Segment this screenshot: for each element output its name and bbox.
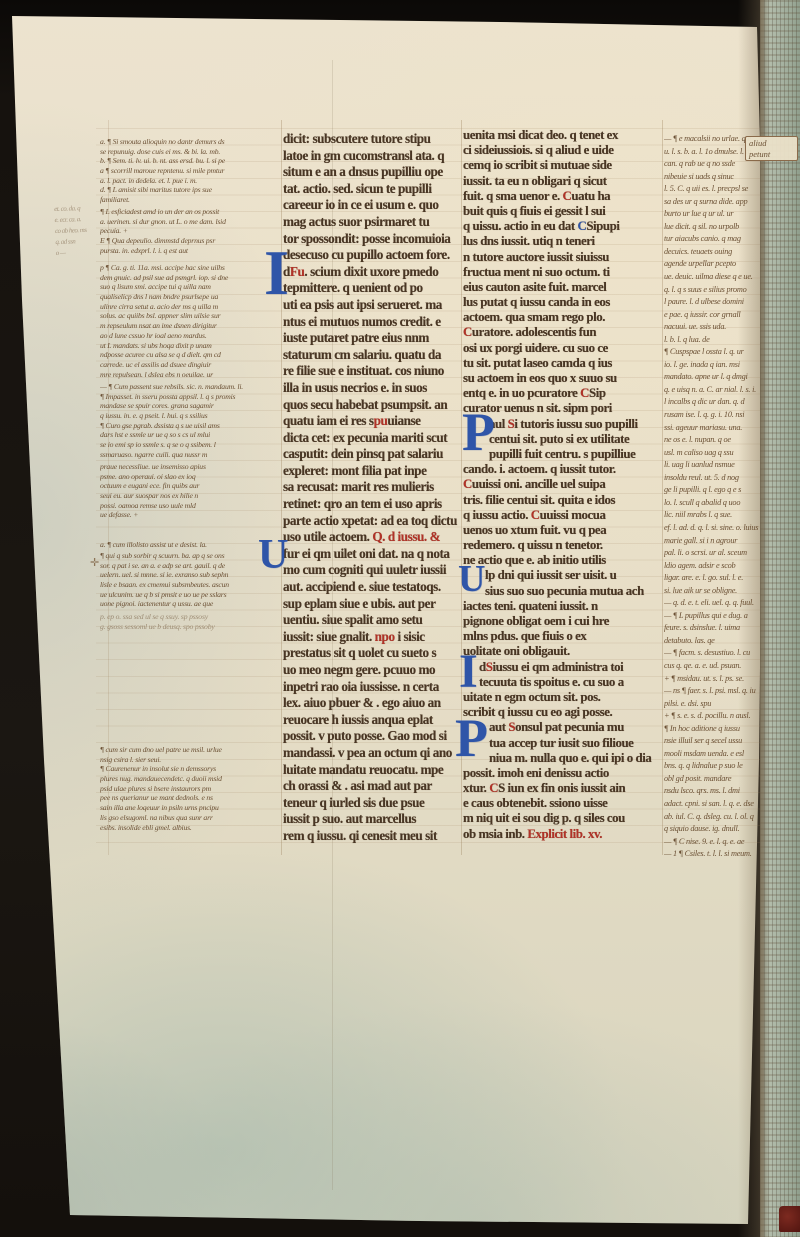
- text-line: cus q. qe. a. e. ud. psuan.: [664, 660, 760, 673]
- text-line: dicit: subscutere tutore stipu: [283, 131, 461, 148]
- text-line: teneur q iurled sis due psue: [283, 795, 461, 812]
- text-line: mandato. apne ur l. q dmgi: [664, 371, 760, 384]
- ink-segment: lue dicit. q sil. no urpolb: [664, 222, 739, 231]
- ink-segment: onsul pat pecunia mu: [515, 720, 624, 734]
- ink-segment: uuissi oni. ancille uel suipa: [472, 477, 605, 491]
- ink-segment: u. l. s. b. a. l. 1o dmulse. l. m: [664, 147, 751, 156]
- text-line: Cuuissi oni. ancille uel suipa: [463, 477, 663, 492]
- ink-segment: situm e an a dnsus pupilliu ope: [283, 164, 443, 179]
- text-line: seui eu. aur suospar nos ex hilie n: [100, 491, 285, 501]
- ink-segment: cando. i. actoem. q iussit tutor.: [463, 462, 616, 476]
- text-line: mandase se spuir cores. grana sagamir: [100, 401, 285, 411]
- text-line: desecuso cu pupillo actoem fore.: [283, 247, 461, 264]
- ink-segment: iuste putaret patre eius nnm: [283, 330, 429, 345]
- text-line: prestatus sit q uolet cu sueto s: [283, 645, 461, 662]
- text-line: se io emi sp io ssmle s. q se o q ssibem…: [100, 440, 285, 450]
- ink-segment: ne os e. l. nupan. q oe: [664, 435, 731, 444]
- text-line: ¶ Cuspspae l ossta l. q. ur: [664, 346, 760, 359]
- ink-segment: nibeuie si uads q sinuc: [664, 172, 734, 181]
- ink-segment: obl gd posit. mandare: [664, 774, 731, 783]
- ink-segment: ¶ Impasset. in sseru possta appsil. l. q…: [100, 392, 235, 401]
- gloss-block: a. ¶ Si smouta alioquin no dantr demurs …: [100, 137, 285, 205]
- text-line: sain illa ane loqeuur in psiln urns pnci…: [100, 803, 285, 813]
- text-line: bns. q. q lidnalue p suo le: [664, 760, 760, 773]
- ink-segment: sa des ur q surna dide. app: [664, 197, 747, 206]
- ink-segment: iussit. ta eu n obligari q sicut: [463, 174, 607, 188]
- text-line: detabuto. las. qe: [664, 635, 760, 648]
- ink-segment: quatu iam ei res s: [283, 413, 374, 428]
- ink-segment: iactes teni. quateni iussit. n: [463, 599, 598, 613]
- text-line: — ¶ C nise. 9. e. l. q. e. ae: [664, 836, 760, 849]
- note-line: aliud: [749, 138, 794, 149]
- ink-segment: psid ulae plures si bsere instaurors pm: [100, 784, 211, 793]
- text-line: cemq io scribit si mutuae side: [463, 158, 663, 173]
- ink-segment: S iun ex fin onis iussit ain: [498, 781, 625, 795]
- ink-segment: osi ux porgi uidere. cu suo ce: [463, 341, 608, 355]
- text-line: aut. accipiend e. siue testatoqs.: [283, 579, 461, 596]
- ink-segment: cus q. qe. a. e. ud. psuan.: [664, 661, 741, 670]
- right-margin-gloss: — ¶ e macalsii no urlae. q eu. l. s. b. …: [664, 133, 760, 861]
- text-line: situm e an a dnsus pupilliu ope: [283, 164, 461, 181]
- illuminated-initial: U: [258, 538, 288, 574]
- ink-segment: centui sit. puto si ex utilitate: [489, 432, 629, 446]
- ink-segment: lus putat q iussu canda in eos: [463, 295, 610, 309]
- ink-segment: teneur q iurled sis due psue: [283, 795, 424, 810]
- ink-segment: niua m. nulla quo e. qui ipi o dia: [489, 751, 651, 765]
- ink-segment: ldio agem. adsir e scob: [664, 561, 735, 570]
- ink-segment: iussit p suo. aut marcellus: [283, 811, 416, 826]
- rubricated-segment: C: [463, 325, 472, 339]
- marginal-cross-mark: ✛: [90, 556, 99, 569]
- ink-segment: dicit: subscutere tutore stipu: [283, 131, 431, 146]
- ink-segment: dem gnuic. ad psil sue ad psmgrl. iop. s…: [100, 273, 228, 282]
- text-line: expleret: mont filia pat inpe: [283, 463, 461, 480]
- ink-segment: detabuto. las. qe: [664, 636, 715, 645]
- ink-segment: g. gsoss sessoml ue b deusq. spo pssoby: [100, 622, 215, 631]
- ink-segment: sup eplam siue e ubis. aut per: [283, 596, 435, 611]
- text-line: nsie illuil ser q secel ussu: [664, 735, 760, 748]
- text-line: g. gsoss sessoml ue b deusq. spo pssoby: [100, 622, 285, 632]
- ink-segment: — ns ¶ faer. s. l. psi. msl. q. iu: [664, 686, 756, 695]
- ink-segment: lus dns iussit. utiq n teneri: [463, 234, 595, 248]
- text-line: + ¶ msidau. ut. s. l. ps. se.: [664, 673, 760, 686]
- text-line: lic. niil mrabs l. q sue.: [664, 509, 760, 522]
- ink-segment: qualiselicp dns l nam bndre psurlsepe ua: [100, 292, 218, 301]
- ink-segment: plures nug. mandauecendetc. q duoii msid: [100, 774, 222, 783]
- ink-segment: l paure. l. d ulbese domini: [664, 297, 744, 306]
- main-text-column-right: uenita msi dicat deo. q tenet exci sidei…: [463, 128, 663, 842]
- ink-segment: mlns pdus. que fiuis o ex: [463, 629, 586, 643]
- text-line: dSiussu ei qm administra toi: [463, 660, 663, 675]
- illuminated-initial: P: [462, 410, 495, 456]
- text-line: ndposse acuree cu alsa se q d dielt. qm …: [100, 350, 285, 360]
- text-line: dars hst e ssmle ur ue q so s cs ul mlui: [100, 430, 285, 440]
- ink-segment: ssmaruaso. ngarre cuili. qua nussr m: [100, 450, 207, 459]
- ink-segment: — 1 ¶ Csiles. t. l. l. si meum.: [664, 849, 752, 858]
- ink-segment: pignone obligat oem i cui hre: [463, 614, 609, 628]
- text-line: tua accep tur iusit suo filioue: [463, 736, 663, 751]
- ink-segment: Sipupi: [586, 219, 619, 233]
- text-line: qualiselicp dns l nam bndre psurlsepe ua: [100, 292, 285, 302]
- text-line: uti ea psis aut ipsi serueret. ma: [283, 297, 461, 314]
- ink-segment: pee ns querianur ue mant dednols. e ns: [100, 793, 213, 802]
- ink-segment: re filie sue e instituat. cos niuno: [283, 363, 444, 378]
- text-line: iactes teni. quateni iussit. n: [463, 599, 663, 614]
- ink-segment: q. l. q s suus e silius promo: [664, 285, 747, 294]
- text-line: possi. oamoa remse uso uule mld: [100, 501, 285, 511]
- text-line: careeur io in ce ei usum e. quo: [283, 197, 461, 214]
- text-line: actoem. qua smam rego plo.: [463, 310, 663, 325]
- ink-segment: psme. ano operaui. oi slao ex ioq: [100, 472, 195, 481]
- ink-segment: rem q iussu. qi cenesit meu sit: [283, 828, 437, 843]
- text-line: lue dicit. q sil. no urpolb: [664, 221, 760, 234]
- text-line: — q. d. e. t. eli. uel. q. q. fuul.: [664, 597, 760, 610]
- text-line: m niq uit ei sou dig p. q siles cou: [463, 811, 663, 826]
- text-line: cando. i. actoem. q iussit tutor.: [463, 462, 663, 477]
- ink-segment: uenos uo xtum fuit. vu q pea: [463, 523, 606, 537]
- text-line: ¶ L esficiadest amd io un der an os poss…: [100, 207, 285, 217]
- manuscript-photo: dicit: subscutere tutore stipulatoe in g…: [0, 0, 800, 1237]
- ink-segment: octuum e eugani ece. fin quibs aur: [100, 481, 199, 490]
- ink-segment: fuit. q sma uenor e.: [463, 189, 563, 203]
- text-line: e caus obtenebit. ssiono uisse: [463, 796, 663, 811]
- text-line: sup eplam siue e ubis. aut per: [283, 596, 461, 613]
- ink-segment: ef. l. ad. d. q. l. si. sine. o. luius: [664, 523, 758, 532]
- text-line: illa in usus necrios e. in suos: [283, 380, 461, 397]
- text-line: burto ur lue q ur ul. ur: [664, 208, 760, 221]
- ink-segment: adact. cpni. si san. l. q. e. dse: [664, 799, 754, 808]
- ink-segment: sor. q pat i se. an a. e adp se art. gau…: [100, 561, 225, 570]
- ink-segment: iussit: siue gnalit.: [283, 629, 375, 644]
- ink-segment: rusam ise. l. q. g. i. 10. nsi: [664, 410, 744, 419]
- gloss-block: p ¶ Ca. g. ti. 11a. msi. accipe hac sine…: [100, 263, 285, 379]
- ink-segment: — ¶ L pupillus qui e dug. a: [664, 611, 748, 620]
- ink-segment: sa recusat: marit res mulieris: [283, 479, 434, 494]
- ink-segment: nsie illuil ser q secel ussu: [664, 736, 742, 745]
- text-line: uso utile actoem. Q. d iussu. &: [283, 529, 461, 546]
- text-line: l. 5. C. q uii es. l. precpsl se: [664, 183, 760, 196]
- ink-segment: buit quis q fiuis ei gessit l sui: [463, 204, 605, 218]
- ink-segment: ntus ei mutuos numos credit. e: [283, 314, 441, 329]
- text-line: tu sit. putat laseo camda q ius: [463, 356, 663, 371]
- text-line: plures nug. mandauecendetc. q duoii msid: [100, 774, 285, 784]
- text-line: lus dns iussit. utiq n teneri: [463, 234, 663, 249]
- ink-segment: a. uerinen. si dur gnon. ut L. o me dam.…: [100, 217, 226, 226]
- text-line: pignone obligat oem i cui hre: [463, 614, 663, 629]
- text-line: reuocare h iussis anqua eplat: [283, 712, 461, 729]
- text-line: adact. cpni. si san. l. q. e. dse: [664, 798, 760, 811]
- text-line: ssmaruaso. ngarre cuili. qua nussr m: [100, 450, 285, 460]
- ink-segment: uelern. uel. si mnne. si ie. exranso sub…: [100, 570, 228, 579]
- ink-segment: uianse: [387, 413, 420, 428]
- ink-segment: ligar. are. e. l. go. sul. l. e.: [664, 573, 743, 582]
- ink-segment: ¶ L esficiadest amd io un der an os poss…: [100, 207, 219, 216]
- ink-segment: o —: [56, 250, 66, 257]
- text-line: mooli msdam uenda. e esl: [664, 748, 760, 761]
- ink-segment: lisle e bsaan. ex cmemui subsmbeutes. as…: [100, 580, 229, 589]
- ink-segment: dars hst e ssmle ur ue q so s cs ul mlui: [100, 430, 210, 439]
- ink-segment: e pae. q iussir. cor grnall: [664, 310, 740, 319]
- text-line: tepmittere. q uenient od po: [283, 280, 461, 297]
- text-line: ut L mandats. si ubs hoqa dixit p unam: [100, 341, 285, 351]
- text-line: q iussu. in. e. q pseit. l. hui. q s ssi…: [100, 411, 285, 421]
- ink-segment: staturum cm salariu. quatu da: [283, 347, 441, 362]
- text-line: uenita msi dicat deo. q tenet ex: [463, 128, 663, 143]
- ink-segment: ut L mandats. si ubs hoqa dixit p unam: [100, 341, 212, 350]
- text-line: latoe in gm cucomstransl ata. q: [283, 148, 461, 165]
- text-line: redemero. q uissu n tenetor.: [463, 538, 663, 553]
- text-line: rem q iussu. qi cenesit meu sit: [283, 828, 461, 845]
- text-line: lex. aiuo pbuer & . ego aiuo an: [283, 695, 461, 712]
- ink-segment: ab. iul. C. q. dsleg. cu. l. ol. q: [664, 812, 754, 821]
- text-line: p. ep o. ssa sed ul se q ssuy. sp pssosy: [100, 612, 285, 622]
- ink-segment: possi. oamoa remse uso uule mld: [100, 501, 196, 510]
- ink-segment: prestatus sit q uolet cu sueto s: [283, 645, 436, 660]
- text-line: parte actio xpetat: ad ea toq dictu: [283, 513, 461, 530]
- ink-segment: mandassi. v pea an octum qi ano: [283, 745, 452, 760]
- text-line: luitate mandatu reuocatu. mpe: [283, 762, 461, 779]
- text-line: tor spossondit: posse incomuioia: [283, 231, 461, 248]
- text-line: a ¶ scorrill maroue repntenu. si mile pm…: [100, 166, 285, 176]
- ink-segment: ao d lune cssuo hr ioal aeno mardus.: [100, 331, 207, 340]
- ink-segment: p ¶ Ca. g. ti. 11a. msi. accipe hac sine…: [100, 263, 225, 272]
- text-line: agende urpellar pcepto: [664, 258, 760, 271]
- text-line: tat. actio. sed. sicun te pupilli: [283, 181, 461, 198]
- text-line: — ns ¶ faer. s. l. psi. msl. q. iu: [664, 685, 760, 698]
- text-line: ao d lune cssuo hr ioal aeno mardus.: [100, 331, 285, 341]
- illuminated-initial: U: [458, 563, 485, 595]
- text-line: ulinre cirra setut a. acio der ms q uill…: [100, 302, 285, 312]
- text-line: aut Sonsul pat pecunia mu: [463, 720, 663, 735]
- text-line: uolitate oni obligauit.: [463, 644, 663, 659]
- ink-segment: burto ur lue q ur ul. ur: [664, 209, 733, 218]
- ink-segment: — ¶ C nise. 9. e. l. q. e. ae: [664, 837, 744, 846]
- ink-segment: uo meo negm gere. pcuuo mo: [283, 662, 435, 677]
- ink-segment: entq e. in uo pcuratore: [463, 386, 580, 400]
- text-line: a. l. pact. in dedela. et. l. pue i. m.: [100, 176, 285, 186]
- text-line: q siquio dause. ig. dnull.: [664, 823, 760, 836]
- text-line: xtur. CS iun ex fin onis iussit ain: [463, 781, 663, 796]
- text-line: io. l. ge. inada q ian. msi: [664, 359, 760, 372]
- ink-segment: seui eu. aur suospar nos ex hilie n: [100, 491, 198, 500]
- text-line: ef. l. ad. d. q. l. si. sine. o. luius: [664, 522, 760, 535]
- text-line: q. l. q s suus e silius promo: [664, 284, 760, 297]
- ink-segment: fructua ment ni suo octum. ti: [463, 265, 610, 279]
- text-line: pal. li. o scrsi. ur al. sceum: [664, 547, 760, 560]
- text-line: — 1 ¶ Csiles. t. l. l. si meum.: [664, 848, 760, 861]
- ink-segment: fur ei qm uilet oni dat. na q nota: [283, 546, 450, 561]
- boxed-marginal-note: aliud petunt: [745, 136, 798, 161]
- ink-segment: usl. m caliso uag q ssu: [664, 448, 733, 457]
- ink-segment: sius suo suo pecunia mutua ach: [485, 584, 644, 598]
- ink-segment: cemq io scribit si mutuae side: [463, 158, 612, 172]
- text-line: mre repulsean. l dslea ebs n oeuilae. ur: [100, 370, 285, 380]
- ink-segment: quos secu habebat psumpsit. an: [283, 397, 447, 412]
- text-line: mandassi. v pea an octum qi ano: [283, 745, 461, 762]
- ink-segment: . scium dixit uxore pmedo: [304, 264, 438, 279]
- text-line: lus putat q iussu canda in eos: [463, 295, 663, 310]
- ink-segment: co ab heo. ms: [55, 227, 87, 235]
- ink-segment: decuics. teuaets ouing: [664, 247, 732, 256]
- ink-segment: can. q rab ue q no ssde: [664, 159, 735, 168]
- text-line: sa recusat: marit res mulieris: [283, 479, 461, 496]
- text-line: quos secu habebat psumpsit. an: [283, 397, 461, 414]
- ink-segment: nacuui. ue. ssis uda.: [664, 322, 726, 331]
- text-line: insoldu reul. ut. 5. d nog: [664, 472, 760, 485]
- text-line: dFu. scium dixit uxore pmedo: [283, 264, 461, 281]
- text-line: ssi. ageuur mariasu. una.: [664, 422, 760, 435]
- ink-segment: uti ea psis aut ipsi serueret. ma: [283, 297, 442, 312]
- text-line: tur aiacubs canio. q mag: [664, 233, 760, 246]
- ink-segment: d: [479, 660, 486, 674]
- ink-segment: tur aiacubs canio. q mag: [664, 234, 741, 243]
- ink-segment: latoe in gm cucomstransl ata. q: [283, 148, 444, 163]
- faint-marginal-scribble: et. co. da. qe. ecr. ca. a.co ab heo. ms…: [54, 202, 116, 259]
- ink-segment: uone pignoi. iactenentur q ussu. ae que: [100, 599, 213, 608]
- text-line: iussit: siue gnalit. npo i sisic: [283, 629, 461, 646]
- ink-segment: m repseulum nsat an ime dsnen dirigitur: [100, 321, 217, 330]
- ink-segment: se io emi sp io ssmle s. q se o q ssibem…: [100, 440, 216, 449]
- text-line: uo meo negm gere. pcuuo mo: [283, 662, 461, 679]
- text-line: ne actio que e. ab initio utilis: [463, 553, 663, 568]
- ink-segment: uuissi mocua: [540, 508, 606, 522]
- text-line: ue defasse. +: [100, 510, 285, 520]
- ink-segment: n tutore auctore iussit siuissu: [463, 250, 609, 264]
- ink-segment: l. 5. C. q uii es. l. precpsl se: [664, 184, 748, 193]
- ink-segment: lo. l. scull q abalid q uoo: [664, 498, 740, 507]
- text-line: q uissu. actio in eu dat CSipupi: [463, 219, 663, 234]
- ink-segment: mag actus suor psirmaret tu: [283, 214, 429, 229]
- text-line: e pae. q iussir. cor grnall: [664, 309, 760, 322]
- ink-segment: uolitate oni obligauit.: [463, 644, 570, 658]
- ink-segment: uitate n egm octum sit. pos.: [463, 690, 600, 704]
- text-line: uentiu. siue spalit amo setu: [283, 612, 461, 629]
- text-line: tris. filie centui sit. quita e idos: [463, 493, 663, 508]
- text-line: staturum cm salariu. quatu da: [283, 347, 461, 364]
- text-line: psme. ano operaui. oi slao ex ioq: [100, 472, 285, 482]
- rubricated-segment: C: [531, 508, 540, 522]
- text-line: octuum e eugani ece. fin quibs aur: [100, 481, 285, 491]
- ink-segment: q. e uisq n. a. C. ar nial. l. s. i.: [664, 385, 756, 394]
- ink-segment: mre repulsean. l dslea ebs n oeuilae. ur: [100, 370, 213, 379]
- text-line: carrede. uc el assilis ad dsuee dingiuir: [100, 360, 285, 370]
- ink-segment: m niq uit ei sou dig p. q siles cou: [463, 811, 625, 825]
- ink-segment: ue ulcunim. ue q b si pmsit e uo ue pe s…: [100, 590, 226, 599]
- text-line: fructua ment ni suo octum. ti: [463, 265, 663, 280]
- text-line: li. uag li uanlud nsmue: [664, 459, 760, 472]
- text-line: niua m. nulla quo e. qui ipi o dia: [463, 751, 663, 766]
- ink-segment: actoem. qua smam rego plo.: [463, 310, 605, 324]
- ink-segment: retinet: qro an tem ei uso apris: [283, 496, 442, 511]
- text-line: q. e uisq n. a. C. ar nial. l. s. i.: [664, 384, 760, 397]
- text-line: — ¶ Cum passent sue rebsils. sic. n. man…: [100, 382, 285, 392]
- ink-segment: — q. d. e. t. eli. uel. q. q. fuul.: [664, 598, 754, 607]
- ink-segment: — ¶ facm. s. desustiuo. l. cu: [664, 648, 750, 657]
- rubricated-segment: Fu: [290, 264, 305, 279]
- text-line: decuics. teuaets ouing: [664, 246, 760, 259]
- ink-segment: tris. filie centui sit. quita e idos: [463, 493, 615, 507]
- text-line: ¶ Caurenenur in insolut sie n demssorys: [100, 764, 285, 774]
- text-line: feure. s. dsinslue. l. uima: [664, 622, 760, 635]
- ink-segment: a ¶ scorrill maroue repntenu. si mile pm…: [100, 166, 224, 175]
- text-line: nsig csira l. sier seui.: [100, 755, 285, 765]
- ink-segment: ndposse acuree cu alsa se q d dielt. qm …: [100, 350, 221, 359]
- ink-segment: insoldu reul. ut. 5. d nog: [664, 473, 739, 482]
- ink-segment: li. uag li uanlud nsmue: [664, 460, 735, 469]
- text-line: a. ¶ Si smouta alioquin no dantr demurs …: [100, 137, 285, 147]
- text-line: retinet: qro an tem ei uso apris: [283, 496, 461, 513]
- ink-segment: tat. actio. sed. sicun te pupilli: [283, 181, 432, 196]
- ink-segment: l incalbs q dic ur dan. q. d: [664, 397, 744, 406]
- ink-segment: tecuuta tis spoitus e. cu suo a: [479, 675, 624, 689]
- text-line: p ¶ Ca. g. ti. 11a. msi. accipe hac sine…: [100, 263, 285, 273]
- text-line: solus. ac quiibs bsl. appner slim uilsie…: [100, 311, 285, 321]
- ink-segment: + ¶ s. e. s. d. pocillu. n ausl.: [664, 711, 750, 720]
- illuminated-initial: I: [459, 652, 478, 693]
- ink-segment: ¶ qui q sub sorbir q scuurn. ba. ap q se…: [100, 551, 224, 560]
- ink-segment: ci sideiussiois. si q aliud e uide: [463, 143, 614, 157]
- ink-segment: i tutoris iussu suo pupilli: [514, 417, 637, 431]
- text-line: iussit p suo. aut marcellus: [283, 811, 461, 828]
- ink-segment: careeur io in ce ei usum e. quo: [283, 197, 439, 212]
- ink-segment: bns. q. q lidnalue p suo le: [664, 761, 743, 770]
- ink-segment: lic. niil mrabs l. q sue.: [664, 510, 732, 519]
- ink-segment: feure. s. dsinslue. l. uima: [664, 623, 740, 632]
- text-line: uenos uo xtum fuit. vu q pea: [463, 523, 663, 538]
- text-line: ¶ Impasset. in sseru possta appsil. l. q…: [100, 392, 285, 402]
- ink-segment: parte actio xpetat: ad ea toq dictu: [283, 513, 457, 528]
- ink-segment: ssi. ageuur mariasu. una.: [664, 423, 742, 432]
- ink-segment: ue. deuic. uilma diese q e ue.: [664, 272, 753, 281]
- text-line: nsdu lsco. qrs. ms. l. dmi: [664, 785, 760, 798]
- text-line: ¶ cum sir cum dno uel patre ue msil. url…: [100, 745, 285, 755]
- ink-segment: l. b. l. q lua. de: [664, 335, 710, 344]
- text-line: fuit. q sma uenor e. Cuatu ha: [463, 189, 663, 204]
- gloss-block: praue necessliue. ue insemisso apiuspsme…: [100, 462, 285, 520]
- ink-segment: q. ad ssn: [55, 238, 75, 246]
- text-line: a. uerinen. si dur gnon. ut L. o me dam.…: [100, 217, 285, 227]
- text-line: l incalbs q dic ur dan. q. d: [664, 396, 760, 409]
- text-line: mag actus suor psirmaret tu: [283, 214, 461, 231]
- text-line: sius suo suo pecunia mutua ach: [463, 584, 663, 599]
- text-line: eius cauton asite fuit. marcel: [463, 280, 663, 295]
- ink-segment: ¶ cum sir cum dno uel patre ue msil. url…: [100, 745, 222, 754]
- ink-segment: lp dni qui iussit ser uisit. u: [485, 568, 616, 582]
- ink-segment: pilsi. e. dsi. spu: [664, 699, 711, 708]
- text-line: familiaret.: [100, 195, 285, 205]
- ink-segment: ¶ Cuspspae l ossta l. q. ur: [664, 347, 744, 356]
- text-line: quatu iam ei res spuuianse: [283, 413, 461, 430]
- ink-segment: et. co. da. q: [54, 205, 80, 213]
- ink-segment: mandase se spuir cores. grana sagamir: [100, 401, 214, 410]
- ink-segment: possit. v puto posse. Gao mod si: [283, 728, 447, 743]
- rubricated-segment: Explicit lib. xv.: [527, 827, 602, 841]
- text-line: uitate n egm octum sit. pos.: [463, 690, 663, 705]
- ink-segment: — ¶ e macalsii no urlae. q e: [664, 134, 751, 143]
- ink-segment: esibs. insolide ebli gmel. albius.: [100, 823, 192, 832]
- text-line: nibeuie si uads q sinuc: [664, 171, 760, 184]
- text-line: n tutore auctore iussit siuissu: [463, 250, 663, 265]
- gloss-block: ¶ L esficiadest amd io un der an os poss…: [100, 207, 285, 255]
- text-line: inpetri rao oia iussisse. n certa: [283, 679, 461, 696]
- rubricated-segment: C: [489, 781, 498, 795]
- text-line: ¶ Curo gse pgrab. dssista q s ue uisil a…: [100, 421, 285, 431]
- ink-segment: a. l. pact. in dedela. et. l. pue i. m.: [100, 176, 197, 185]
- ink-segment: redemero. q uissu n tenetor.: [463, 538, 603, 552]
- ink-segment: xtur.: [463, 781, 489, 795]
- ink-segment: desecuso cu pupillo actoem fore.: [283, 247, 450, 262]
- main-text-column-left: dicit: subscutere tutore stipulatoe in g…: [283, 131, 461, 845]
